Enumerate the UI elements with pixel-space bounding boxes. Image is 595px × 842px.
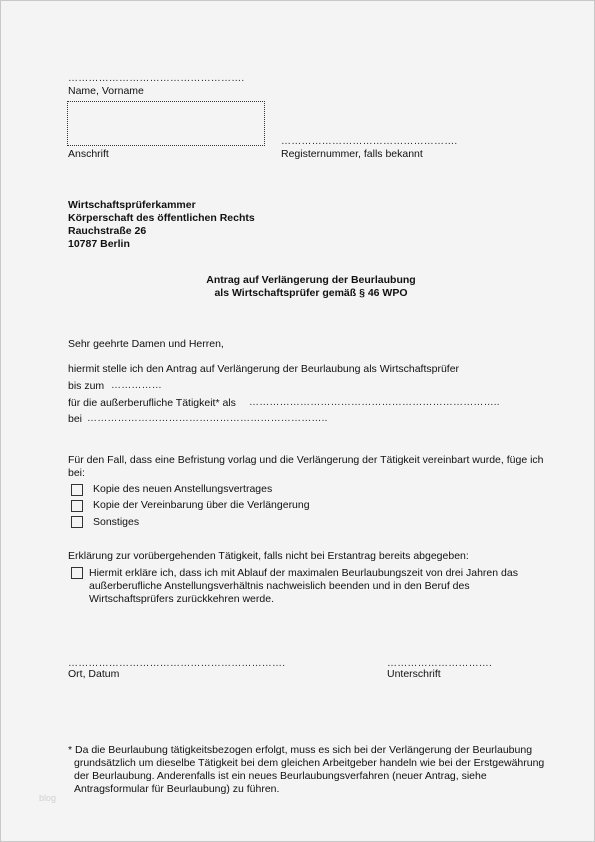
subject-line-2: als Wirtschaftsprüfer gemäß § 46 WPO (151, 287, 471, 300)
salutation: Sehr geehrte Damen und Herren, (68, 338, 224, 351)
register-number-label: Registernummer, falls bekannt (281, 148, 423, 161)
document-page: ……………………………………………. Name, Vorname Anschri… (0, 0, 595, 842)
recipient-line-4: 10787 Berlin (68, 238, 130, 251)
attachment-checkbox-3[interactable] (71, 516, 83, 528)
name-field[interactable]: ……………………………………………. (68, 73, 244, 84)
recipient-line-3: Rauchstraße 26 (68, 225, 146, 238)
attachment-label-3: Sonstiges (93, 516, 139, 529)
recipient-line-2: Körperschaft des öffentlichen Rechts (68, 212, 255, 225)
register-number-field[interactable]: ……………………………………………. (281, 136, 457, 147)
name-label: Name, Vorname (68, 85, 144, 98)
declaration-intro: Erklärung zur vorübergehenden Tätigkeit,… (68, 550, 469, 563)
attachment-checkbox-1[interactable] (71, 484, 83, 496)
employer-label: bei (68, 413, 82, 426)
attachment-checkbox-2[interactable] (71, 500, 83, 512)
attachment-label-2: Kopie der Vereinbarung über die Verlänge… (93, 499, 310, 512)
address-field[interactable] (67, 101, 265, 146)
footnote: * Da die Beurlaubung tätigkeitsbezogen e… (68, 744, 550, 796)
watermark: blog (39, 793, 56, 803)
employer-field[interactable]: …………………………………………………………….. (87, 413, 328, 424)
until-label: bis zum (68, 380, 104, 393)
declaration-text: Hiermit erkläre ich, dass ich mit Ablauf… (89, 567, 549, 606)
attachments-intro: Für den Fall, dass eine Befristung vorla… (68, 454, 558, 480)
address-label: Anschrift (68, 148, 109, 161)
subject-line-1: Antrag auf Verlängerung der Beurlaubung (151, 274, 471, 287)
activity-field[interactable]: ……………………………………………………………….. (249, 397, 500, 408)
signature-label: Unterschrift (387, 668, 441, 681)
declaration-checkbox[interactable] (71, 567, 83, 579)
until-date-field[interactable]: …………… (111, 380, 162, 391)
recipient-line-1: Wirtschaftsprüferkammer (68, 199, 196, 212)
attachment-label-1: Kopie des neuen Anstellungsvertrages (93, 483, 272, 496)
request-line: hiermit stelle ich den Antrag auf Verlän… (68, 363, 459, 376)
place-date-label: Ort, Datum (68, 668, 119, 681)
activity-label: für die außerberufliche Tätigkeit* als (68, 397, 236, 410)
